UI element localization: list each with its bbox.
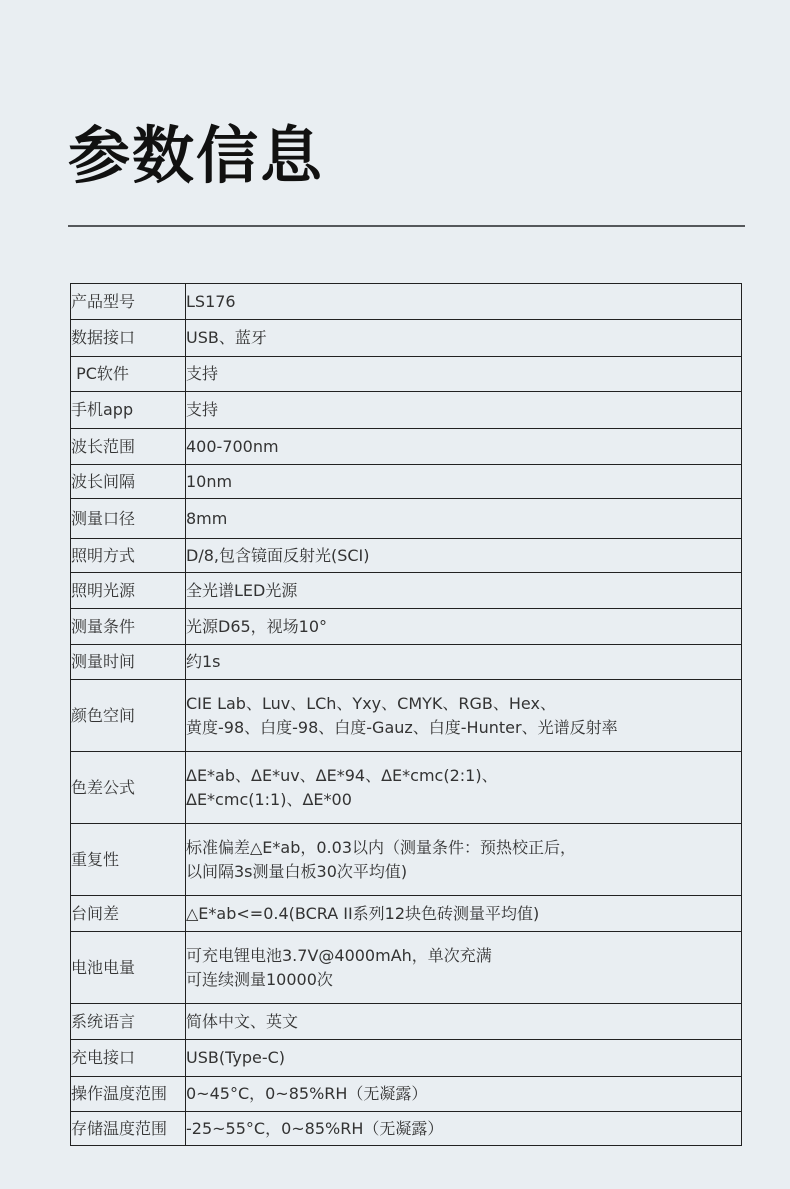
spec-value: D/8,包含镜面反射光(SCI): [186, 539, 742, 573]
spec-value: 光源D65，视场10°: [186, 609, 742, 645]
spec-key: 重复性: [71, 824, 186, 896]
spec-row: 色差公式ΔE*ab、ΔE*uv、ΔE*94、ΔE*cmc(2:1)、ΔE*cmc…: [71, 752, 742, 824]
spec-value: 400-700nm: [186, 429, 742, 465]
spec-row: 波长间隔10nm: [71, 465, 742, 499]
spec-value-line: 可充电锂电池3.7V@4000mAh，单次充满: [186, 944, 741, 968]
spec-key: 手机app: [71, 392, 186, 429]
spec-key: 电池电量: [71, 932, 186, 1004]
spec-value-line: 8mm: [186, 507, 741, 531]
spec-value: 支持: [186, 392, 742, 429]
spec-row: 照明方式D/8,包含镜面反射光(SCI): [71, 539, 742, 573]
spec-value: 8mm: [186, 499, 742, 539]
spec-value-line: CIE Lab、Luv、LCh、Yxy、CMYK、RGB、Hex、: [186, 692, 741, 716]
spec-value: LS176: [186, 284, 742, 320]
spec-row: 系统语言简体中文、英文: [71, 1004, 742, 1040]
spec-value: 可充电锂电池3.7V@4000mAh，单次充满可连续测量10000次: [186, 932, 742, 1004]
spec-value: △E*ab<=0.4(BCRA II系列12块色砖测量平均值): [186, 896, 742, 932]
spec-key: 系统语言: [71, 1004, 186, 1040]
spec-value-line: -25~55°C，0~85%RH（无凝露）: [186, 1117, 741, 1141]
spec-row: 颜色空间CIE Lab、Luv、LCh、Yxy、CMYK、RGB、Hex、黄度-…: [71, 680, 742, 752]
spec-key: 测量口径: [71, 499, 186, 539]
spec-value-line: USB(Type-C): [186, 1046, 741, 1070]
spec-key: 照明光源: [71, 573, 186, 609]
spec-row: PC软件支持: [71, 357, 742, 392]
spec-value: 标准偏差△E*ab，0.03以内（测量条件：预热校正后，以间隔3s测量白板30次…: [186, 824, 742, 896]
spec-value-line: 10nm: [186, 470, 741, 494]
spec-row: 电池电量可充电锂电池3.7V@4000mAh，单次充满可连续测量10000次: [71, 932, 742, 1004]
spec-value-line: 黄度-98、白度-98、白度-Gauz、白度-Hunter、光谱反射率: [186, 716, 741, 740]
spec-value: CIE Lab、Luv、LCh、Yxy、CMYK、RGB、Hex、黄度-98、白…: [186, 680, 742, 752]
spec-key: 颜色空间: [71, 680, 186, 752]
spec-row: 波长范围400-700nm: [71, 429, 742, 465]
spec-value-line: 支持: [186, 398, 741, 422]
spec-value-line: 光源D65，视场10°: [186, 615, 741, 639]
spec-key: 台间差: [71, 896, 186, 932]
spec-key: 操作温度范围: [71, 1077, 186, 1112]
spec-value: 10nm: [186, 465, 742, 499]
spec-value-line: 约1s: [186, 650, 741, 674]
spec-row: 测量口径8mm: [71, 499, 742, 539]
spec-row: 照明光源全光谱LED光源: [71, 573, 742, 609]
spec-key: 照明方式: [71, 539, 186, 573]
spec-value-line: 以间隔3s测量白板30次平均值): [186, 860, 741, 884]
spec-value-line: 简体中文、英文: [186, 1010, 741, 1034]
spec-value: 简体中文、英文: [186, 1004, 742, 1040]
spec-key: 色差公式: [71, 752, 186, 824]
spec-value-line: △E*ab<=0.4(BCRA II系列12块色砖测量平均值): [186, 902, 741, 926]
spec-key: 数据接口: [71, 320, 186, 357]
spec-table: 产品型号LS176数据接口USB、蓝牙 PC软件支持手机app支持波长范围400…: [70, 283, 742, 1146]
spec-row: 台间差△E*ab<=0.4(BCRA II系列12块色砖测量平均值): [71, 896, 742, 932]
spec-row: 产品型号LS176: [71, 284, 742, 320]
spec-value-line: 标准偏差△E*ab，0.03以内（测量条件：预热校正后，: [186, 836, 741, 860]
spec-value-line: LS176: [186, 290, 741, 314]
spec-row: 操作温度范围0~45°C，0~85%RH（无凝露）: [71, 1077, 742, 1112]
spec-value: 全光谱LED光源: [186, 573, 742, 609]
spec-value: 0~45°C，0~85%RH（无凝露）: [186, 1077, 742, 1112]
spec-value-line: 支持: [186, 362, 741, 386]
spec-key: 测量时间: [71, 645, 186, 680]
spec-key: 波长间隔: [71, 465, 186, 499]
spec-value: -25~55°C，0~85%RH（无凝露）: [186, 1112, 742, 1146]
spec-row: 测量条件光源D65，视场10°: [71, 609, 742, 645]
spec-value-line: ΔE*ab、ΔE*uv、ΔE*94、ΔE*cmc(2:1)、: [186, 764, 741, 788]
title-divider: [68, 225, 745, 227]
spec-value: 约1s: [186, 645, 742, 680]
spec-value: ΔE*ab、ΔE*uv、ΔE*94、ΔE*cmc(2:1)、ΔE*cmc(1:1…: [186, 752, 742, 824]
spec-value-line: D/8,包含镜面反射光(SCI): [186, 544, 741, 568]
spec-value-line: 全光谱LED光源: [186, 579, 741, 603]
spec-value-line: ΔE*cmc(1:1)、ΔE*00: [186, 788, 741, 812]
spec-row: 数据接口USB、蓝牙: [71, 320, 742, 357]
spec-value-line: 0~45°C，0~85%RH（无凝露）: [186, 1082, 741, 1106]
spec-key: 波长范围: [71, 429, 186, 465]
spec-row: 存储温度范围-25~55°C，0~85%RH（无凝露）: [71, 1112, 742, 1146]
spec-value-line: 400-700nm: [186, 435, 741, 459]
spec-key: 存储温度范围: [71, 1112, 186, 1146]
page-title: 参数信息: [68, 118, 324, 194]
spec-key: 产品型号: [71, 284, 186, 320]
spec-row: 重复性标准偏差△E*ab，0.03以内（测量条件：预热校正后，以间隔3s测量白板…: [71, 824, 742, 896]
spec-row: 充电接口USB(Type-C): [71, 1040, 742, 1077]
spec-key: 测量条件: [71, 609, 186, 645]
spec-value: 支持: [186, 357, 742, 392]
spec-value-line: 可连续测量10000次: [186, 968, 741, 992]
spec-value-line: USB、蓝牙: [186, 326, 741, 350]
spec-row: 手机app支持: [71, 392, 742, 429]
spec-key: PC软件: [71, 357, 186, 392]
spec-key: 充电接口: [71, 1040, 186, 1077]
spec-row: 测量时间约1s: [71, 645, 742, 680]
spec-value: USB、蓝牙: [186, 320, 742, 357]
spec-value: USB(Type-C): [186, 1040, 742, 1077]
